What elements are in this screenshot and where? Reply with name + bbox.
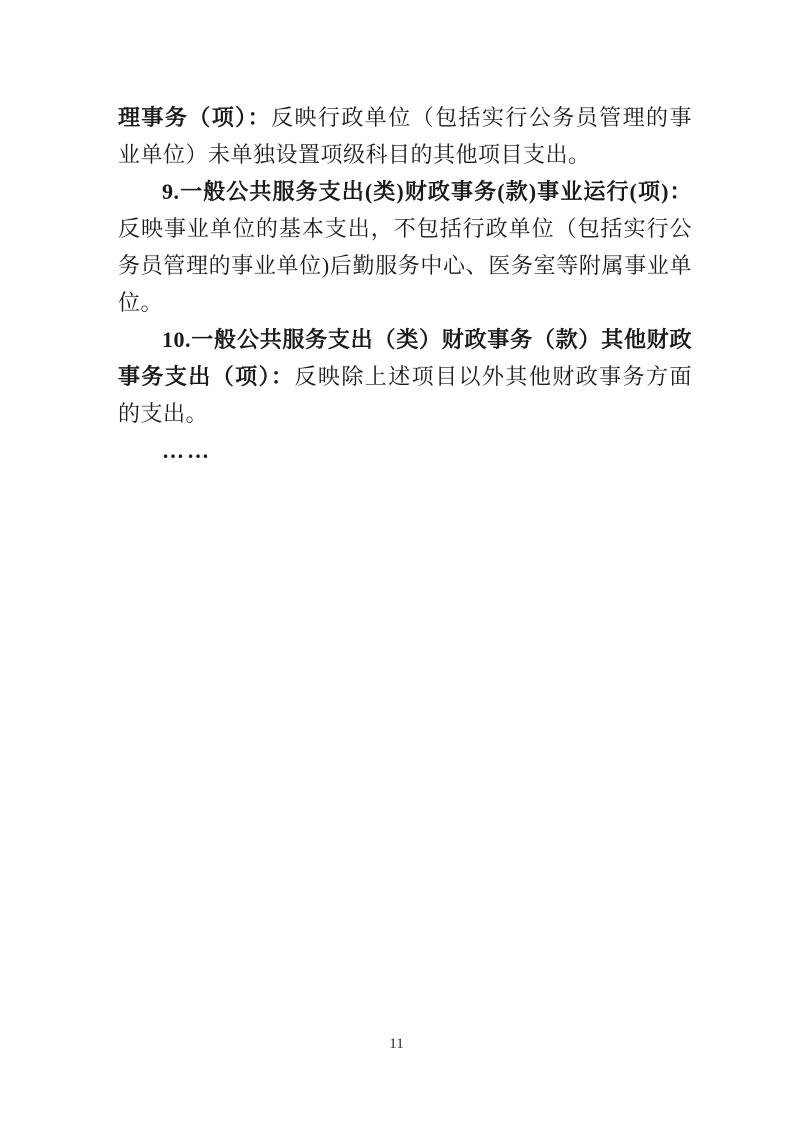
ellipsis-text: …… [162,438,212,463]
page-number: 11 [0,1035,793,1053]
paragraph-item-10: 10.一般公共服务支出（类）财政事务（款）其他财政事务支出（项）：反映除上述项目… [118,321,692,432]
paragraph-ellipsis: …… [118,432,692,469]
paragraph-body-text: 反映事业单位的基本支出，不包括行政单位（包括实行公务员管理的事业单位)后勤服务中… [118,216,692,315]
document-body: 理事务（项）：反映行政单位（包括实行公务员管理的事业单位）未单独设置项级科目的其… [118,99,692,469]
paragraph-lead-bold: 理事务（项）： [118,105,271,130]
document-page: 理事务（项）：反映行政单位（包括实行公务员管理的事业单位）未单独设置项级科目的其… [0,0,793,1122]
paragraph-continuation: 理事务（项）：反映行政单位（包括实行公务员管理的事业单位）未单独设置项级科目的其… [118,99,692,173]
paragraph-lead-bold: 9.一般公共服务支出(类)财政事务(款)事业运行(项)： [162,179,692,204]
paragraph-item-9: 9.一般公共服务支出(类)财政事务(款)事业运行(项)：反映事业单位的基本支出，… [118,173,692,321]
